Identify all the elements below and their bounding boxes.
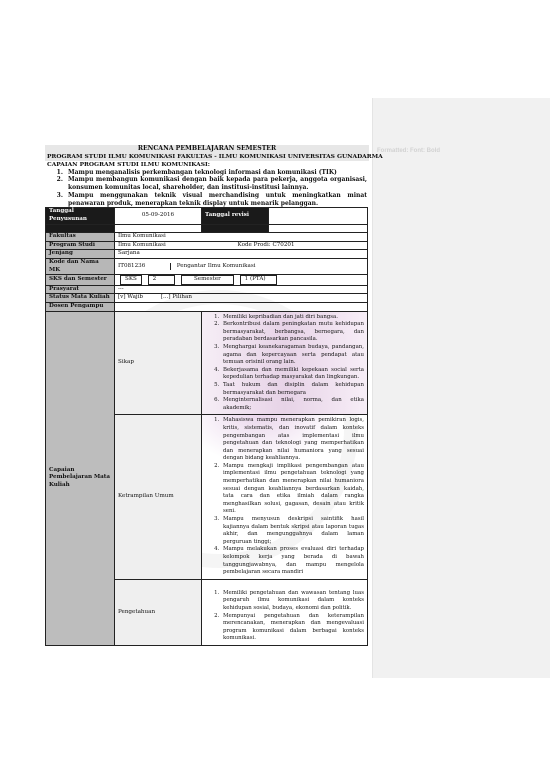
doc-subtitle: PROGRAM STUDI ILMU KOMUNIKASI FAKULTAS -… <box>47 153 367 161</box>
pengetahuan-item: Memiliki pengetahuan dan wawasan tentang… <box>221 590 364 613</box>
ketrampilan-item: Mampu menyusun deskripsi saintifik hasil… <box>221 516 364 546</box>
fakultas-value: Ilmu Komunikasi <box>115 233 368 242</box>
dosen-value <box>115 303 368 312</box>
sikap-item: Taat hukum dan disiplin dalam kehidupan … <box>221 382 364 397</box>
prasyarat-label: Prasyarat <box>46 285 115 294</box>
prodi-cell: Ilmu Komunikasi Kode Prodi: C70201 <box>115 241 368 250</box>
nama-mk-value: Pengantar Ilmu Komunikasi <box>173 263 256 269</box>
rps-table: Tanggal Penyusunan 05-09-2016 Tanggal re… <box>45 207 368 645</box>
kode-mk-cell: IT081236 Pengantar Ilmu Komunikasi <box>115 259 368 275</box>
ketrampilan-item: Mampu melakukan proses evaluasi diri ter… <box>221 546 364 576</box>
capaian-heading: CAPAIAN PROGRAM STUDI ILMU KOMUNIKASI: <box>47 161 367 169</box>
ketrampilan-cell: Mahasiswa mampu menerapkan pemikiran log… <box>202 415 368 579</box>
capaian-item: Mampu membangun komunikasi dengan baik k… <box>65 176 367 192</box>
document-page: RENCANA PEMBELAJARAN SEMESTER PROGRAM ST… <box>47 145 367 646</box>
ketrampilan-label: Ketrampilan Umum <box>115 415 202 579</box>
sks-value: 2 <box>148 275 176 285</box>
sikap-label: Sikap <box>115 311 202 415</box>
tanggal-revisi-spacer <box>202 224 269 233</box>
status-label: Status Mata Kuliah <box>46 294 115 303</box>
tanggal-revisi-value <box>269 208 368 224</box>
status-pilihan-checkbox[interactable]: [...] Pilihan <box>161 294 192 300</box>
sikap-item: Berkontribusi dalam peningkatan mutu keh… <box>221 321 364 344</box>
tanggal-revisi-label: Tanggal revisi <box>202 208 269 224</box>
capaian-list: Mampu menganalisis perkembangan teknolog… <box>47 169 367 208</box>
sks-text: SKS <box>120 275 142 285</box>
cpl-label: Capaian Pembelajaran Mata Kuliah <box>46 311 115 645</box>
jenjang-value: Sarjana <box>115 250 368 259</box>
capaian-item: Mampu menggunakan teknik visual merchand… <box>65 192 367 208</box>
sks-cell: SKS 2 Semester 1 (PTA) <box>115 275 368 286</box>
format-comment[interactable]: Formatted: Font: Bold <box>377 148 440 154</box>
sikap-item: Menginternalisasi nilai, norma, dan etik… <box>221 397 364 412</box>
sks-label: SKS dan Semester <box>46 275 115 286</box>
sikap-item: Bekerjasama dan memiliki kepekaan social… <box>221 367 364 382</box>
prodi-value: Ilmu Komunikasi <box>118 242 166 248</box>
title-band: RENCANA PEMBELAJARAN SEMESTER PROGRAM ST… <box>45 145 369 161</box>
dosen-label: Dosen Pengampu <box>46 303 115 312</box>
tanggal-revisi-blank <box>269 224 368 233</box>
tanggal-penyusunan-spacer <box>46 224 115 233</box>
status-wajib-checkbox[interactable]: [v] Wajib <box>118 294 143 300</box>
pengetahuan-item: Mempunyai pengetahuan dan keterampilan m… <box>221 613 364 643</box>
status-cell: [v] Wajib [...] Pilihan <box>115 294 368 303</box>
comment-sidebar: Formatted: Font: Bold <box>372 98 550 678</box>
kode-prodi: Kode Prodi: C70201 <box>238 242 295 248</box>
sikap-cell: Memiliki kepribadian dan jati diri bangs… <box>202 311 368 415</box>
semester-value: 1 (PTA) <box>240 275 277 285</box>
tanggal-penyusunan-value: 05-09-2016 <box>115 208 202 224</box>
pengetahuan-label: Pengetahuan <box>115 579 202 645</box>
kode-mk-label: Kode dan Nama MK <box>46 259 115 275</box>
jenjang-label: Jenjang <box>46 250 115 259</box>
sikap-item: Memiliki kepribadian dan jati diri bangs… <box>221 314 364 322</box>
prodi-label: Program Studi <box>46 241 115 250</box>
ketrampilan-item: Mampu mengkaji implikasi pengembangan at… <box>221 463 364 516</box>
prasyarat-value: --- <box>115 285 368 294</box>
capaian-item: Mampu menganalisis perkembangan teknolog… <box>65 169 367 177</box>
tanggal-penyusunan-label: Tanggal Penyusunan <box>46 208 115 224</box>
doc-title: RENCANA PEMBELAJARAN SEMESTER <box>47 145 367 153</box>
semester-text: Semester <box>181 275 234 285</box>
pengetahuan-cell: Memiliki pengetahuan dan wawasan tentang… <box>202 579 368 645</box>
ketrampilan-item: Mahasiswa mampu menerapkan pemikiran log… <box>221 417 364 463</box>
tanggal-penyusunan-blank <box>115 224 202 233</box>
kode-mk-value: IT081236 <box>115 263 171 271</box>
fakultas-label: Fakultas <box>46 233 115 242</box>
sikap-item: Menghargai keanekaragaman budaya, pandan… <box>221 344 364 367</box>
